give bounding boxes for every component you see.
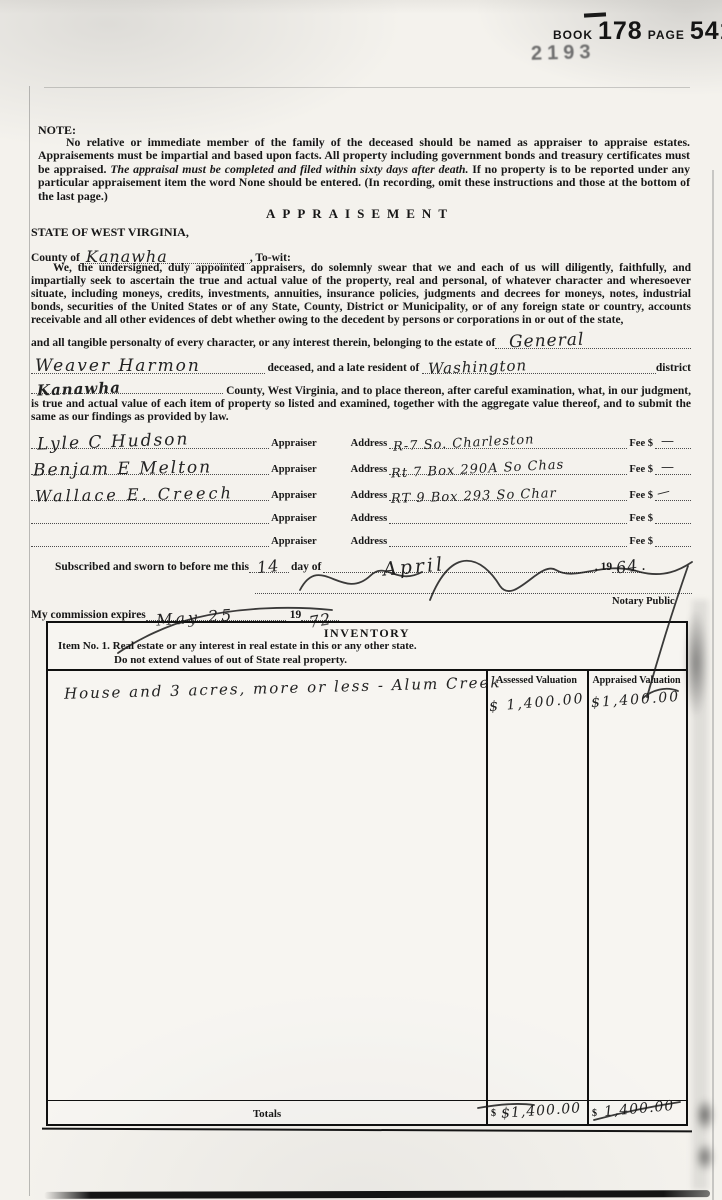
sworn-day-handwritten: 14 [256,556,280,577]
findings-county-blank: Kanawha [31,379,223,394]
table-bottom-double-line [42,1128,692,1133]
page-number: 541 [690,17,722,46]
page-label: PAGE [648,28,685,42]
appraised-column-header: Appraised Valuation [587,675,686,686]
appraiser-label: Appraiser [269,536,319,547]
fee-handwritten: — [661,434,675,449]
fee-label: Fee $ [627,464,655,475]
sworn-year-handwritten: 64 [615,556,640,578]
note-paragraph: No relative or immediate member of the f… [38,136,690,203]
commission-blank: May 25 [146,606,286,621]
appraiser-name-handwritten: Wallace E. Creech [35,483,234,505]
estate-prefix: and all tangible personalty of every cha… [31,337,495,349]
oath-paragraph: We, the undersigned, duly appointed appr… [31,262,691,327]
fee-blank: — [655,486,691,501]
district-label: district [656,362,691,374]
assessed-column-header: Assessed Valuation [486,675,587,686]
appraiser-name-blank: Wallace E. Creech [31,486,269,501]
assessed-column-divider [486,669,488,1124]
appraiser-name-blank: Benjam E Melton [31,460,269,475]
appraiser-address-handwritten: RT 9 Box 293 So Char [391,486,557,507]
findings-county-handwritten: Kanawha [37,382,121,398]
commission-prefix: My commission expires [31,609,146,621]
fee-blank [655,509,691,524]
address-label: Address [349,438,390,449]
fee-blank [655,532,691,547]
totals-row-rule [48,1100,686,1101]
faint-horizontal-line [44,87,690,88]
state-line: STATE OF WEST VIRGINIA, [31,225,189,240]
appraiser-row-blank: Appraiser Address Fee $ [31,528,691,547]
note-text-italic: The appraisal must be completed and file… [110,162,468,176]
address-label: Address [349,513,390,524]
appraiser-label: Appraiser [269,490,319,501]
entry-description-handwritten: House and 3 acres, more or less - Alum C… [64,673,502,702]
appraiser-address-blank: R-7 So. Charleston [389,434,627,449]
appraiser-label: Appraiser [269,464,319,475]
fee-label: Fee $ [627,490,655,501]
appraiser-address-blank: RT 9 Box 293 So Char [389,486,627,501]
deceased-name-handwritten: Weaver Harmon [35,356,201,376]
inventory-title: INVENTORY [48,623,686,641]
scanned-appraisement-form: BOOK 178 PAGE 541 2193 NOTE: No relative… [0,0,722,1200]
notary-signature-line [255,577,692,594]
docket-number-stamp: 2193 [531,41,596,66]
right-scan-edge [712,170,714,1200]
totals-label: Totals [48,1108,486,1120]
table-header-rule [48,669,686,671]
book-number: 178 [598,17,643,46]
appraiser-row-blank: Appraiser Address Fee $ [31,505,691,524]
appraiser-row: Wallace E. Creech Appraiser Address RT 9… [31,482,691,501]
sworn-year-blank: 64 [612,558,642,573]
left-scan-edge [29,86,30,1196]
fee-handwritten: — [655,484,672,502]
address-label: Address [349,464,390,475]
fee-label: Fee $ [627,513,655,524]
appraiser-address-blank: Rt 7 Box 290A So Chas [389,460,627,475]
totals-appraised-currency: $ [592,1108,597,1119]
inventory-table: INVENTORY Item No. 1. Real estate or any… [46,621,688,1126]
findings-paragraph: Kanawha County, West Virginia, and to pl… [31,379,691,424]
appraiser-name-handwritten: Benjam E Melton [33,457,212,480]
estate-blank: General [495,334,691,349]
appraiser-address-handwritten: R-7 So. Charleston [393,432,535,454]
entry-assessed-handwritten: $ 1,400.00 [488,691,585,715]
commission-line: My commission expires May 25 19 72 [31,602,361,621]
appraiser-name-blank [31,532,269,547]
appraiser-address-handwritten: Rt 7 Box 290A So Chas [391,457,565,481]
deceased-name-blank: Weaver Harmon [31,359,265,374]
appraiser-label: Appraiser [269,438,319,449]
estate-handwritten: General [509,330,585,353]
sworn-prefix: Subscribed and sworn to before me this [55,561,249,573]
appraiser-row: Lyle C Hudson Appraiser Address R-7 So. … [31,430,691,449]
commission-year-prefix: 19 [286,609,302,621]
appraiser-row: Benjam E Melton Appraiser Address Rt 7 B… [31,456,691,475]
sworn-year-prefix: , 19 [595,561,612,573]
fee-label: Fee $ [627,438,655,449]
appraiser-address-blank [389,509,627,524]
inventory-item-line: Item No. 1. Real estate or any interest … [58,640,417,652]
page-title: APPRAISEMENT [31,206,689,222]
sworn-end: . [642,561,645,573]
residence-blank: Washington [422,359,656,374]
fee-blank: — [655,460,691,475]
right-gutter-shadow [692,600,708,1190]
fee-handwritten: — [661,460,675,475]
fee-label: Fee $ [627,536,655,547]
fee-blank: — [655,434,691,449]
deceased-mid-text: deceased, and a late resident of [265,362,423,374]
sworn-mid: day of [289,561,323,573]
totals-assessed-handwritten: $1,400.00 [501,1100,582,1122]
appraiser-label: Appraiser [269,513,319,524]
sworn-line: Subscribed and sworn to before me this 1… [55,554,645,573]
appraiser-name-blank: Lyle C Hudson [31,434,269,449]
address-label: Address [349,490,390,501]
estate-line: and all tangible personalty of every cha… [31,331,691,349]
book-label: BOOK [553,28,593,42]
address-label: Address [349,536,390,547]
notary-public-label: Notary Public [612,596,675,607]
residence-handwritten: Washington [428,356,528,377]
appraiser-address-blank [389,532,627,547]
appraiser-name-handwritten: Lyle C Hudson [37,429,190,454]
sworn-day-blank: 14 [249,558,289,573]
right-ink-blob [695,1142,715,1172]
sworn-month-blank: April [323,558,594,573]
entry-appraised-handwritten: $1,400.00 [591,689,681,711]
deceased-line: Weaver Harmon deceased, and a late resid… [31,356,691,374]
appraised-column-divider [587,669,589,1124]
commission-year-blank: 72 [301,606,339,621]
appraiser-name-blank [31,509,269,524]
right-ink-blob [695,1098,715,1132]
totals-assessed-currency: $ [491,1108,496,1119]
bottom-scan-band [44,1190,710,1199]
inventory-item-note: Do not extend values of out of State rea… [114,654,347,666]
